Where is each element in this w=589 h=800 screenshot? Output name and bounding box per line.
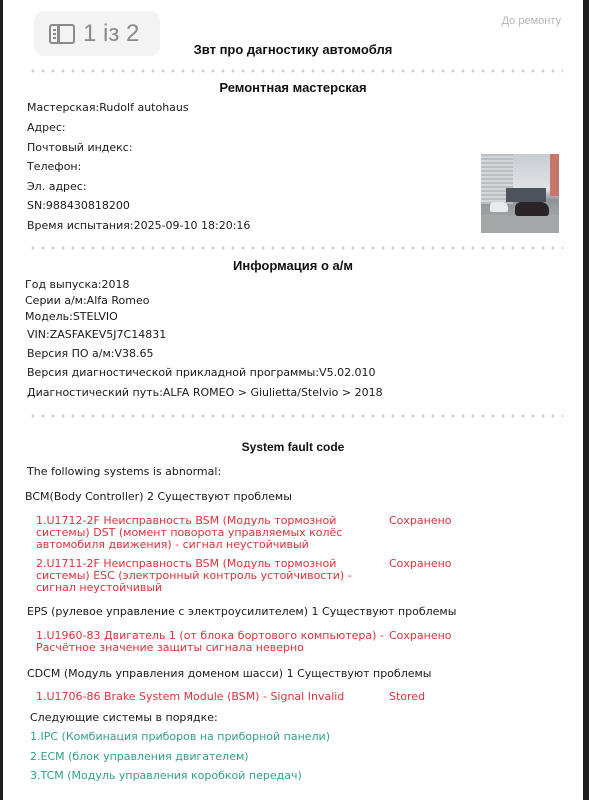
ok-systems-label: Следующие системы в порядке: — [30, 711, 218, 724]
dotted-divider — [28, 246, 563, 250]
serial-number: SN:988430818200 — [27, 199, 130, 212]
fault-section-title: System fault code — [3, 440, 583, 454]
workshop-phone: Телефон: — [27, 160, 81, 173]
fault-status: Сохранено — [389, 630, 452, 642]
workshop-name: Мастерская:Rudolf autohaus — [27, 101, 189, 114]
vehicle-section-title: Информация о а/м — [3, 258, 583, 273]
vehicle-series: Серии а/м:Alfa Romeo — [25, 294, 149, 307]
ok-system-item: 1.IPC (Комбинация приборов на приборной … — [30, 730, 330, 743]
vehicle-vin: VIN:ZASFAKEV5J7C14831 — [27, 328, 166, 341]
fault-code-row: 1.U1712-2F Неисправность BSM (Модуль тор… — [36, 515, 476, 551]
workshop-section-title: Ремонтная мастерская — [3, 80, 583, 95]
dotted-divider — [28, 69, 563, 73]
system-header-cdcm: CDCM (Модуль управления доменом шасси) 1… — [27, 667, 431, 680]
document-page: 1 із 2 До ремонту Звт про дагностику авт… — [3, 0, 583, 800]
abnormal-label: The following systems is abnormal: — [27, 465, 221, 478]
fault-status: Stored — [389, 691, 425, 703]
fault-code-row: 1.U1706-86 Brake System Module (BSM) - S… — [36, 691, 476, 703]
fault-code-text: 1.U1712-2F Неисправность BSM (Модуль тор… — [36, 515, 386, 551]
sidebar-toggle-icon[interactable] — [49, 24, 75, 44]
fault-code-row: 1.U1960-83 Двигатель 1 (от блока бортово… — [36, 630, 476, 654]
diagnostic-path: Диагностический путь:ALFA ROMEO > Giulie… — [27, 386, 383, 399]
fault-status: Сохранено — [389, 558, 452, 570]
vehicle-software-version: Версия ПО а/м:V38.65 — [27, 347, 154, 360]
diagnostic-app-version: Версия диагностической прикладной програ… — [27, 366, 376, 379]
system-header-bcm: BCM(Body Controller) 2 Существуют пробле… — [25, 490, 292, 503]
workshop-email: Эл. адрес: — [27, 180, 87, 193]
corner-link[interactable]: До ремонту — [502, 15, 561, 27]
ok-system-item: 3.TCM (Модуль управления коробкой переда… — [30, 769, 302, 782]
document-title: Звт про дагностику автомобля — [3, 42, 583, 57]
fault-code-text: 1.U1960-83 Двигатель 1 (от блока бортово… — [36, 630, 386, 654]
workshop-address: Адрес: — [27, 121, 66, 134]
dotted-divider — [28, 414, 563, 418]
system-header-eps: EPS (рулевое управление с электроусилите… — [27, 605, 456, 618]
fault-status: Сохранено — [389, 515, 452, 527]
ok-system-item: 2.ECM (блок управления двигателем) — [30, 750, 249, 763]
fault-code-text: 2.U1711-2F Неисправность BSM (Модуль тор… — [36, 558, 386, 594]
fault-code-text: 1.U1706-86 Brake System Module (BSM) - S… — [36, 691, 386, 703]
test-time: Время испытания:2025-09-10 18:20:16 — [27, 219, 250, 232]
workshop-photo — [481, 154, 559, 233]
fault-code-row: 2.U1711-2F Неисправность BSM (Модуль тор… — [36, 558, 476, 594]
vehicle-year: Год выпуска:2018 — [25, 278, 130, 291]
workshop-postcode: Почтовый индекс: — [27, 141, 133, 154]
vehicle-model: Модель:STELVIO — [25, 310, 118, 323]
